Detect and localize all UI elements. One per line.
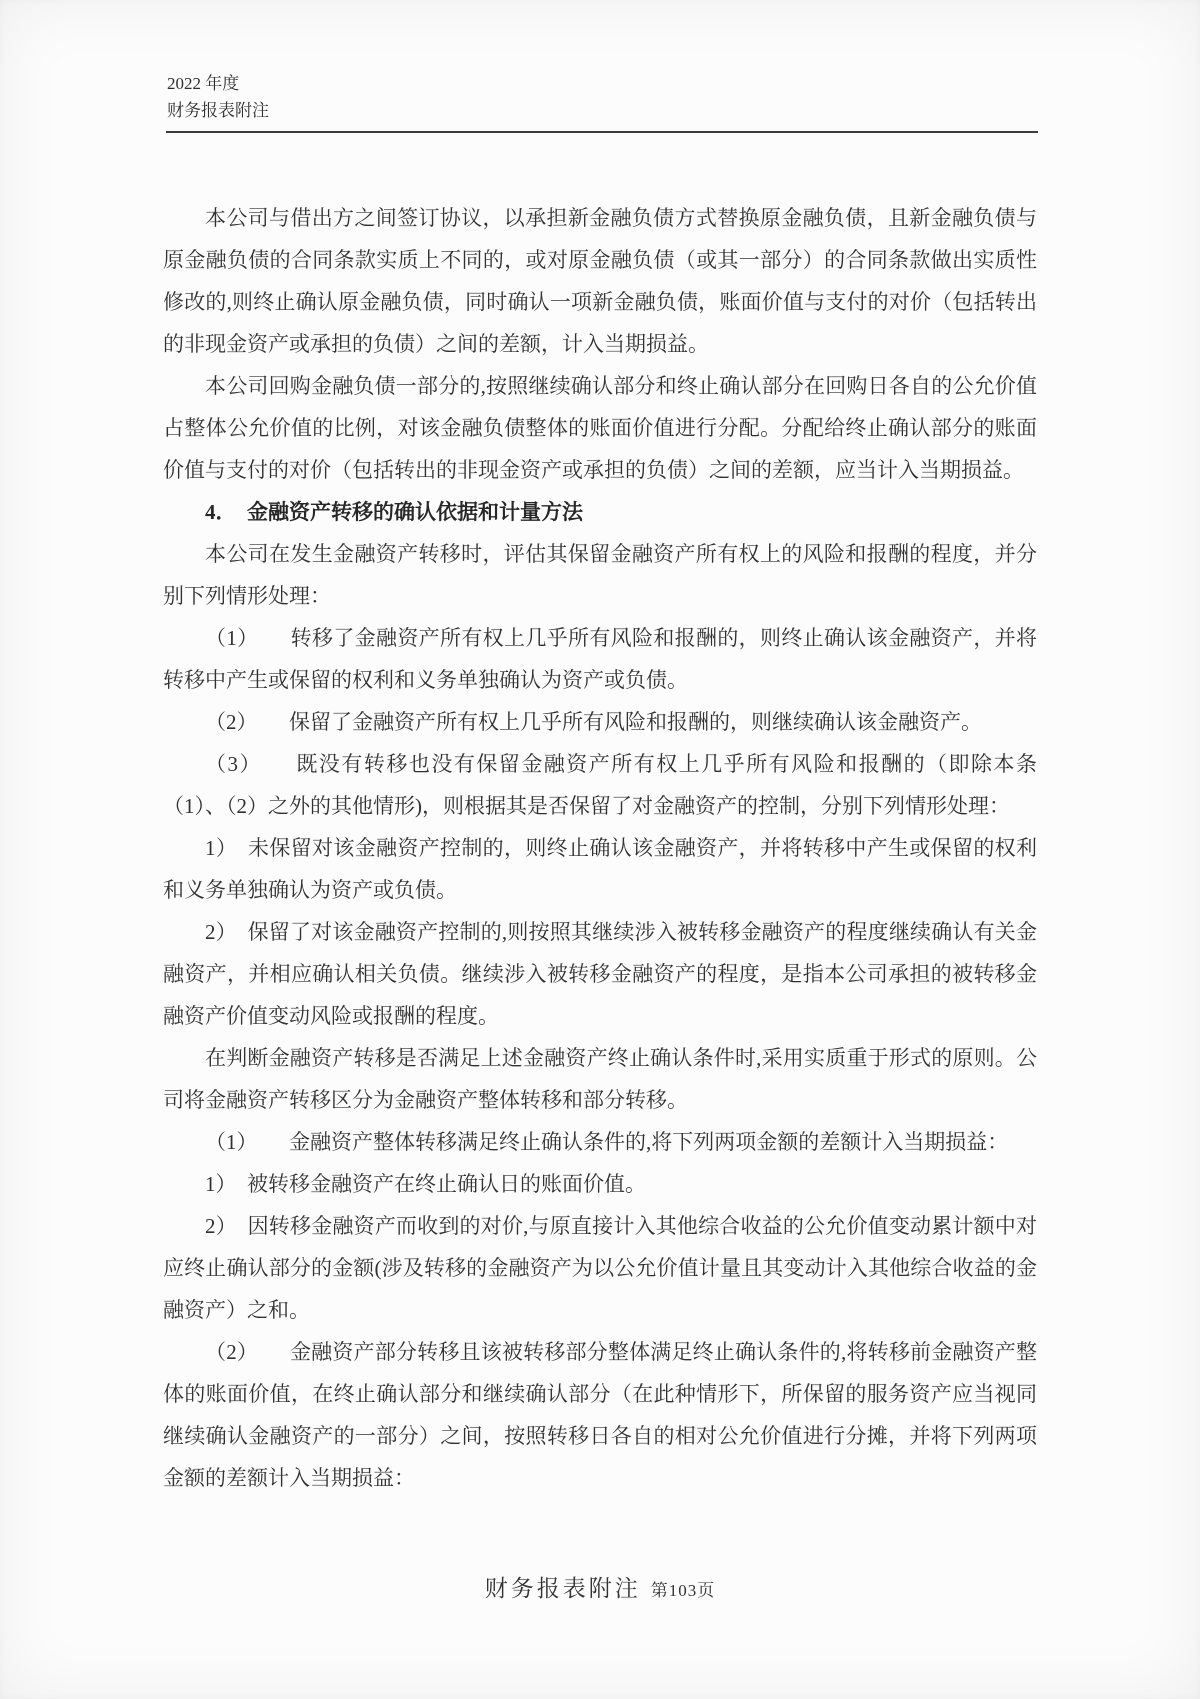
- list-item: （1） 转移了金融资产所有权上几乎所有风险和报酬的，则终止确认该金融资产，并将转…: [163, 617, 1037, 701]
- document-body: 本公司与借出方之间签订协议，以承担新金融负债方式替换原金融负债，且新金融负债与原…: [163, 197, 1037, 1499]
- header-rule: [166, 131, 1038, 133]
- list-item: 1） 被转移金融资产在终止确认日的账面价值。: [163, 1163, 1037, 1205]
- body-paragraph: 本公司回购金融负债一部分的,按照继续确认部分和终止确认部分在回购日各自的公允价值…: [163, 365, 1037, 491]
- body-paragraph: 在判断金融资产转移是否满足上述金融资产终止确认条件时,采用实质重于形式的原则。公…: [163, 1037, 1037, 1121]
- list-item: （3） 既没有转移也没有保留金融资产所有权上几乎所有风险和报酬的（即除本条（1）…: [163, 743, 1037, 827]
- list-item: （1） 金融资产整体转移满足终止确认条件的,将下列两项金额的差额计入当期损益：: [163, 1121, 1037, 1163]
- footer-title: 财务报表附注: [485, 1576, 641, 1601]
- body-paragraph: 本公司在发生金融资产转移时，评估其保留金融资产所有权上的风险和报酬的程度，并分别…: [163, 533, 1037, 617]
- section-heading: 4． 金融资产转移的确认依据和计量方法: [163, 491, 1037, 533]
- list-item: 2） 因转移金融资产而收到的对价,与原直接计入其他综合收益的公允价值变动累计额中…: [163, 1205, 1037, 1331]
- footer-page-number: 第103页: [651, 1581, 716, 1600]
- list-item: （2） 保留了金融资产所有权上几乎所有风险和报酬的，则继续确认该金融资产。: [163, 701, 1037, 743]
- list-item: （2） 金融资产部分转移且该被转移部分整体满足终止确认条件的,将转移前金融资产整…: [163, 1331, 1037, 1499]
- page-footer: 财务报表附注第103页: [0, 1570, 1200, 1603]
- header-doc-title: 财务报表附注: [167, 97, 269, 124]
- header-year: 2022 年度: [167, 70, 269, 97]
- document-page: 2022 年度 财务报表附注 本公司与借出方之间签订协议，以承担新金融负债方式替…: [0, 0, 1200, 1699]
- body-paragraph: 本公司与借出方之间签订协议，以承担新金融负债方式替换原金融负债，且新金融负债与原…: [163, 197, 1037, 365]
- page-header: 2022 年度 财务报表附注: [167, 70, 269, 124]
- list-item: 2） 保留了对该金融资产控制的,则按照其继续涉入被转移金融资产的程度继续确认有关…: [163, 911, 1037, 1037]
- list-item: 1） 未保留对该金融资产控制的，则终止确认该金融资产，并将转移中产生或保留的权利…: [163, 827, 1037, 911]
